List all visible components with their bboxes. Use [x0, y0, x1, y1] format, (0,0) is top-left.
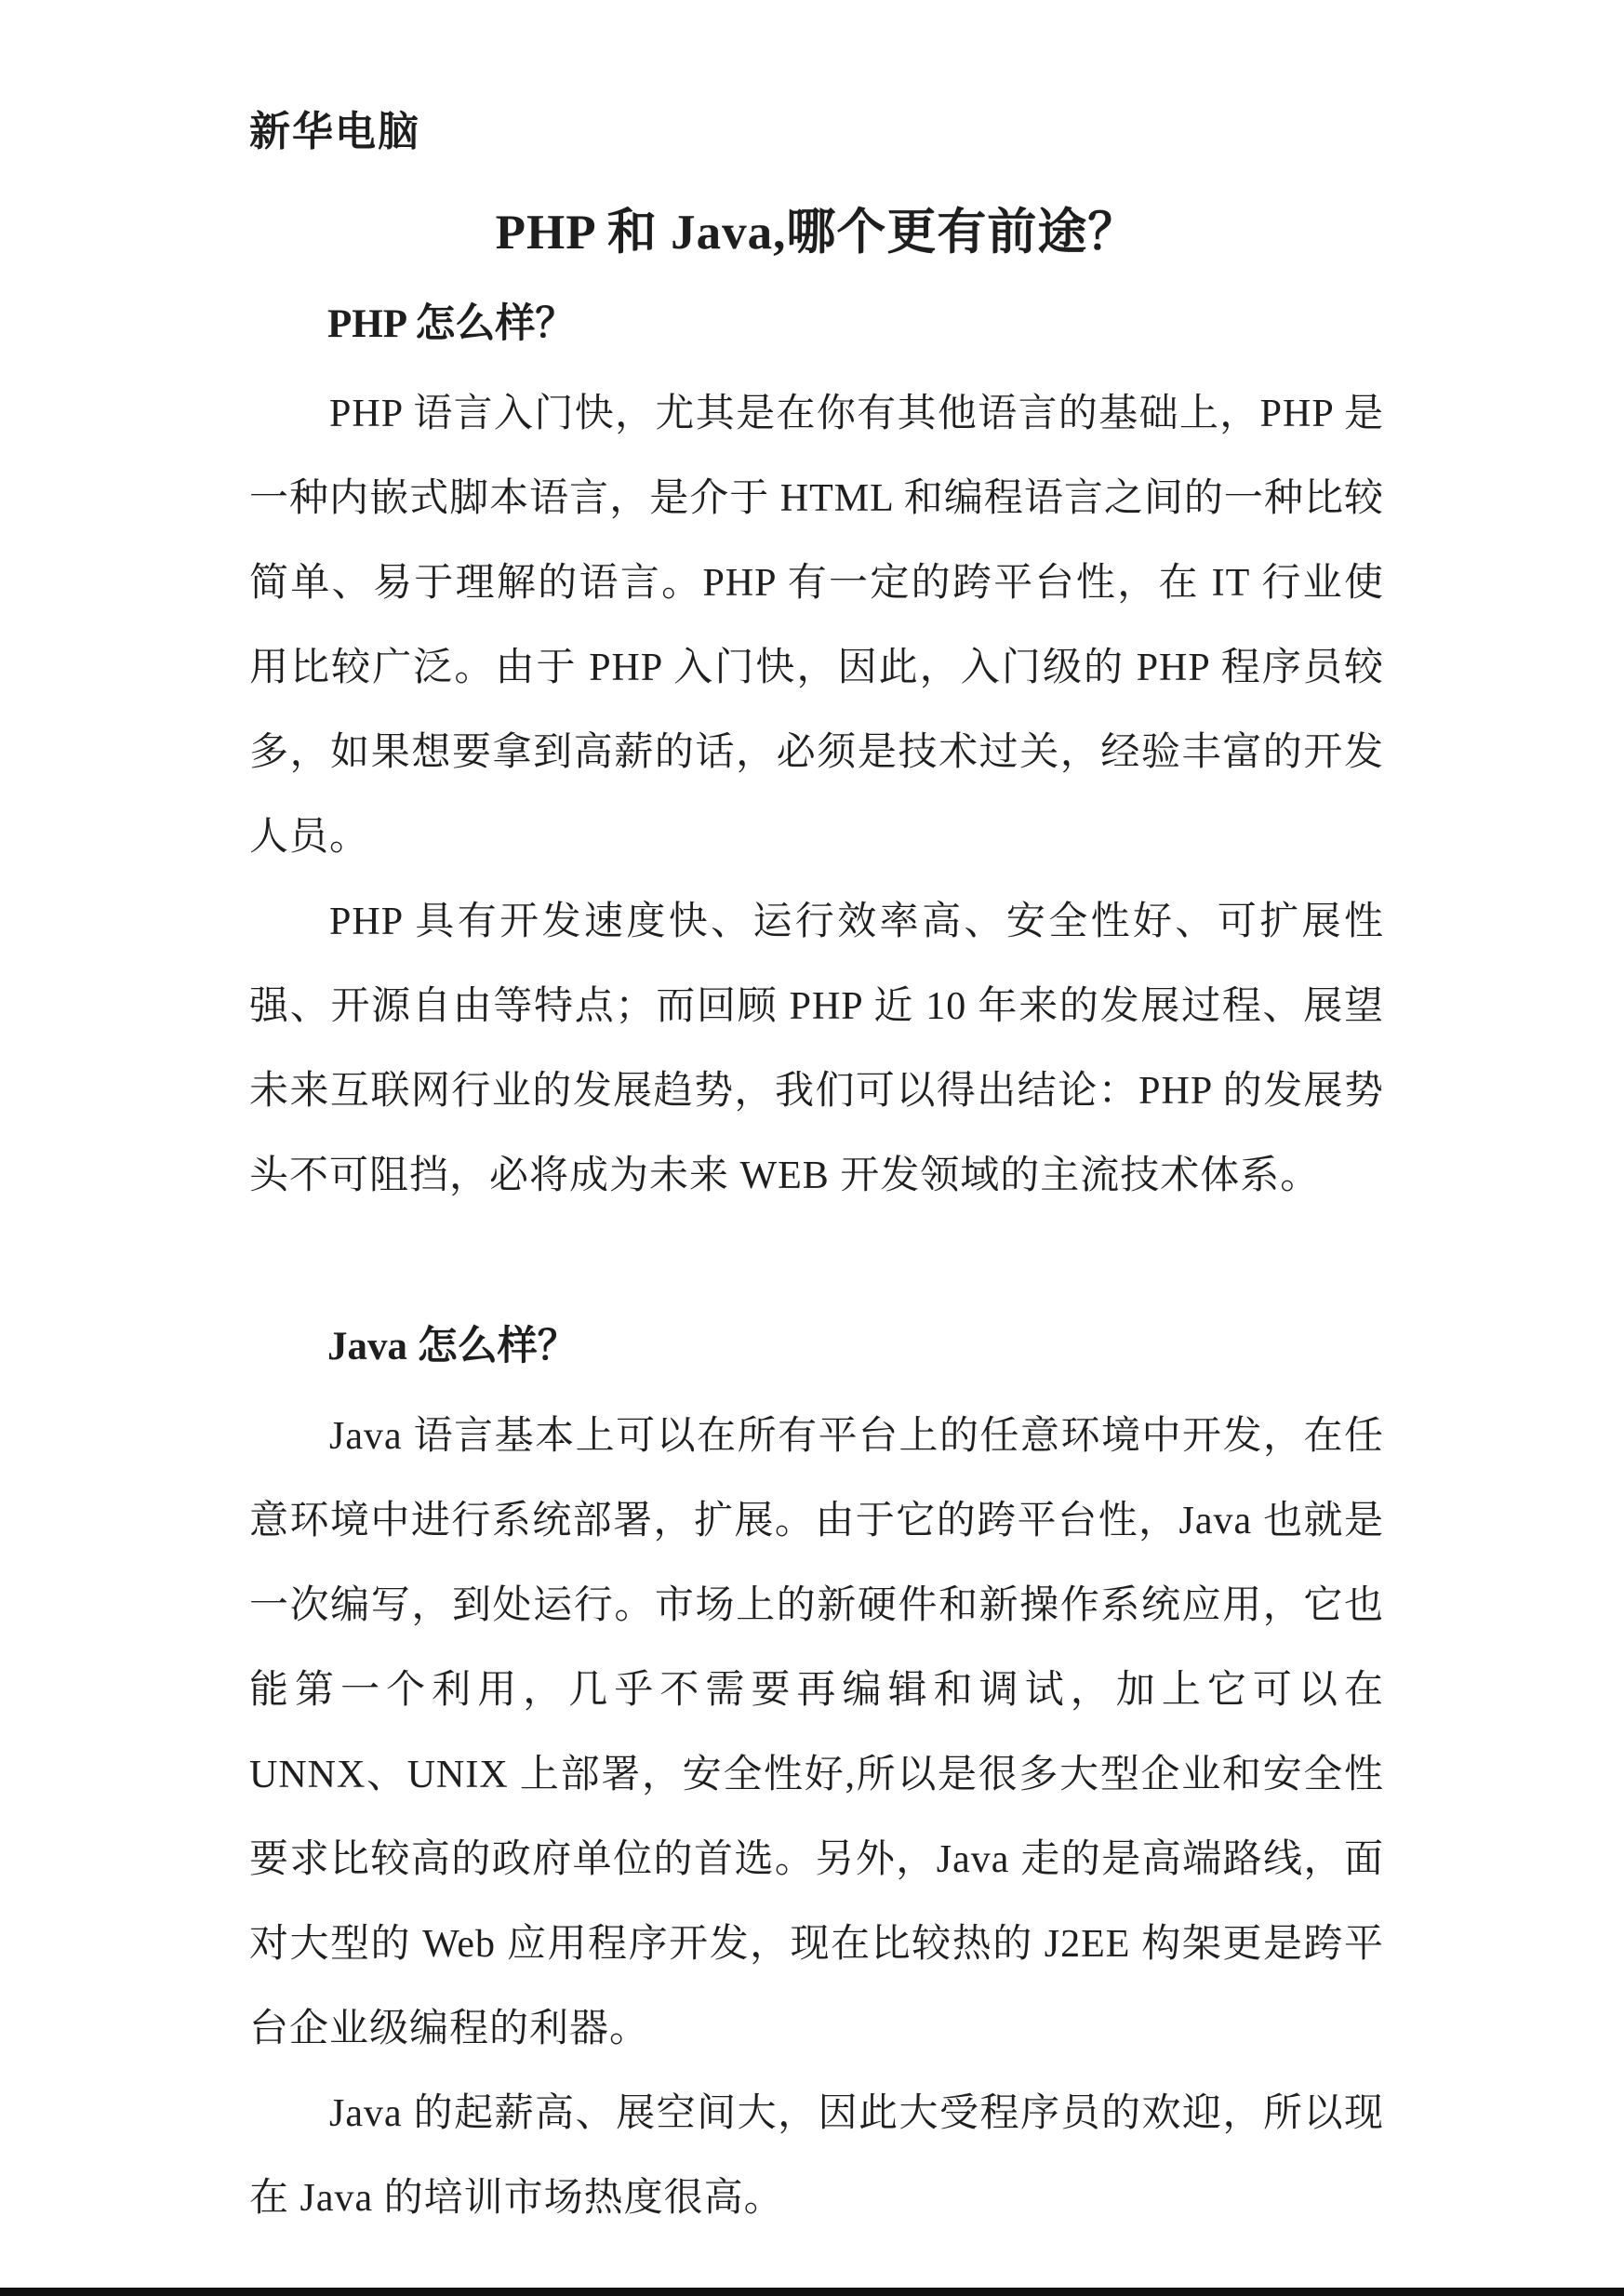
section-heading-java: Java 怎么样？: [249, 1327, 1384, 1367]
document-page: 新华电脑 PHP 和 Java,哪个更有前途？ PHP 怎么样？ PHP 语言入…: [0, 0, 1624, 2296]
section-heading-php: PHP 怎么样？: [249, 304, 1384, 344]
paragraph-java-1: Java 语言基本上可以在所有平台上的任意环境中开发，在任意环境中进行系统部署，…: [249, 1395, 1384, 2072]
document-title: PHP 和 Java,哪个更有前途？: [249, 205, 1384, 261]
company-name: 新华电脑: [249, 0, 1384, 154]
paragraph-java-2: Java 的起薪高、展空间大，因此大受程序员的欢迎，所以现在 Java 的培训市…: [249, 2072, 1384, 2241]
document-content: 新华电脑 PHP 和 Java,哪个更有前途？ PHP 怎么样？ PHP 语言入…: [0, 0, 1624, 2241]
paragraph-php-2: PHP 具有开发速度快、运行效率高、安全性好、可扩展性强、开源自由等特点；而回顾…: [249, 880, 1384, 1219]
paragraph-php-1: PHP 语言入门快，尤其是在你有其他语言的基础上，PHP 是一种内嵌式脚本语言，…: [249, 372, 1384, 880]
bottom-edge-bar: [0, 2288, 1624, 2296]
